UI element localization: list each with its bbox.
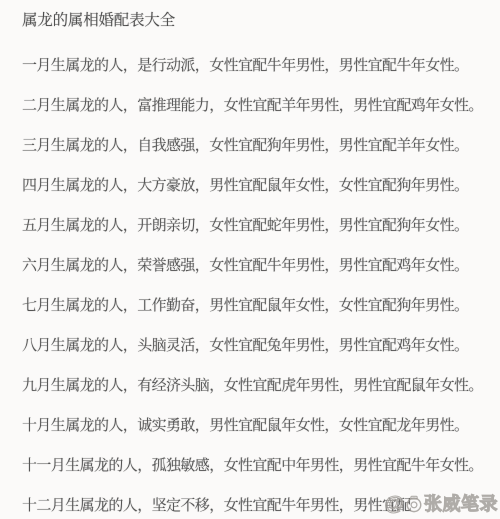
compatibility-entry-8: 八月生属龙的人，头脑灵活，女性宜配兔年男性，男性宜配鸡年女性。 (22, 337, 482, 355)
compatibility-entry-10: 十月生属龙的人，诚实勇敢，男性宜配鼠年女性，女性宜配龙年男性。 (22, 417, 482, 435)
compatibility-entry-9: 九月生属龙的人，有经济头脑，女性宜配虎年男性，男性宜配鼠年女性。 (22, 377, 482, 395)
compatibility-entry-6: 六月生属龙的人，荣誉感强，女性宜配牛年男性，男性宜配鸡年女性。 (22, 257, 482, 275)
page-title: 属龙的属相婚配表大全 (22, 10, 482, 31)
compatibility-entry-11: 十一月生属龙的人，孤独敏感，女性宜配中年男性，男性宜配牛年女性。 (22, 457, 482, 475)
compatibility-entry-3: 三月生属龙的人，自我感强，女性宜配狗年男性，男性宜配羊年女性。 (22, 137, 482, 155)
compatibility-entry-2: 二月生属龙的人，富推理能力，女性宜配羊年男性，男性宜配鸡年女性。 (22, 97, 482, 115)
article-page: 属龙的属相婚配表大全 一月生属龙的人，是行动派，女性宜配牛年男性，男性宜配牛年女… (0, 0, 500, 519)
compatibility-entry-7: 七月生属龙的人，工作勤奋，男性宜配鼠年女性，女性宜配狗年男性。 (22, 297, 482, 315)
compatibility-entry-1: 一月生属龙的人，是行动派，女性宜配牛年男性，男性宜配牛年女性。 (22, 57, 482, 75)
compatibility-entry-4: 四月生属龙的人，大方豪放，男性宜配鼠年女性，女性宜配狗年男性。 (22, 177, 482, 195)
compatibility-entry-12: 十二月生属龙的人，坚定不移，女性宜配牛年男性，男性宜配 (22, 497, 482, 515)
compatibility-entry-5: 五月生属龙的人，开朗亲切，女性宜配蛇年男性，男性宜配狗年女性。 (22, 217, 482, 235)
